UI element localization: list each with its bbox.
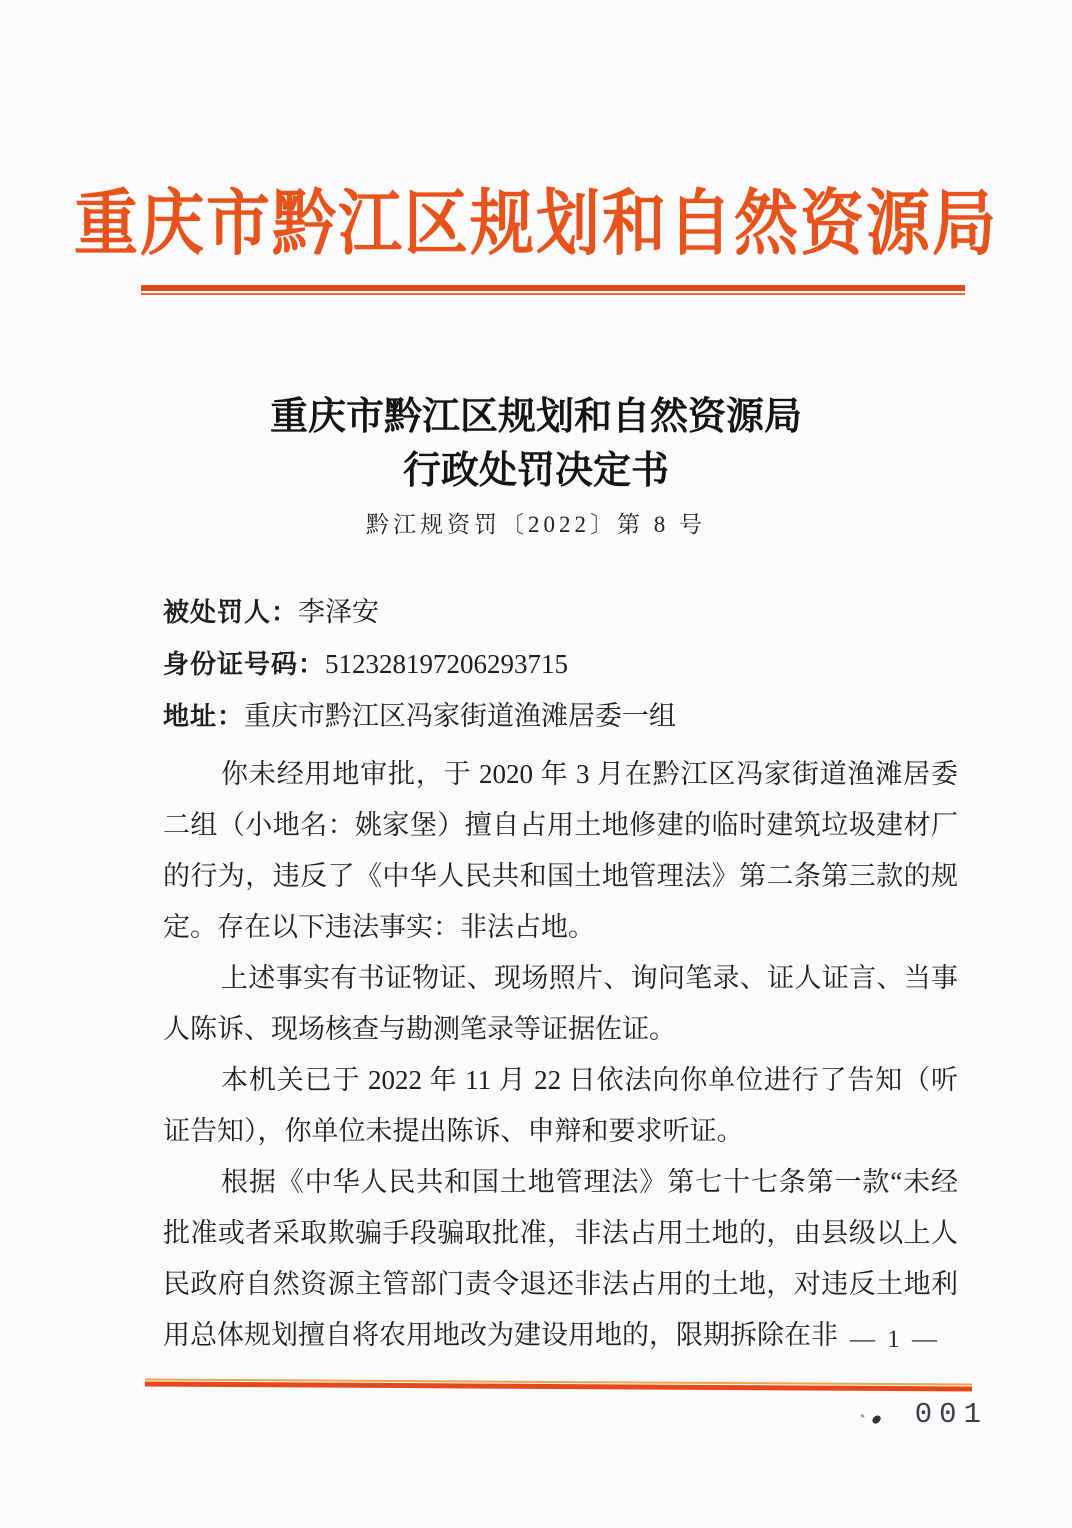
letterhead-divider-thick-line	[141, 285, 965, 291]
field-label: 身份证号码：	[163, 649, 325, 679]
letterhead-divider	[141, 285, 965, 295]
document-body: 被处罚人：李泽安 身份证号码：512328197206293715 地址：重庆市…	[163, 586, 958, 1361]
scanned-document-page: 重庆市黔江区规划和自然资源局 重庆市黔江区规划和自然资源局 行政处罚决定书 黔江…	[0, 0, 1072, 1528]
document-title: 重庆市黔江区规划和自然资源局 行政处罚决定书	[0, 390, 1072, 498]
page-number: — 1 —	[850, 1326, 940, 1354]
field-value: 512328197206293715	[325, 649, 568, 679]
field-value: 李泽安	[298, 597, 379, 627]
field-label: 被处罚人：	[163, 597, 298, 627]
letterhead-divider-thin-line	[141, 293, 965, 295]
document-number: 黔江规资罚〔2022〕第 8 号	[0, 506, 1072, 539]
field-label: 地址：	[163, 701, 244, 731]
footer-divider	[145, 1378, 972, 1391]
body-paragraph-notification: 本机关已于 2022 年 11 月 22 日依法向你单位进行了告知（听证告知），…	[163, 1055, 958, 1157]
body-paragraph-legal-basis: 根据《中华人民共和国土地管理法》第七十七条第一款“未经批准或者采取欺骗手段骗取批…	[163, 1157, 958, 1361]
field-value: 重庆市黔江区冯家街道渔滩居委一组	[244, 701, 676, 731]
sheet-number: 001	[915, 1398, 988, 1431]
body-paragraph-evidence: 上述事实有书证物证、现场照片、询问笔录、证人证言、当事人陈诉、现场核查与勘测笔录…	[163, 953, 958, 1055]
body-paragraph-violation-facts: 你未经用地审批，于 2020 年 3 月在黔江区冯家街道渔滩居委二组（小地名：姚…	[163, 749, 958, 953]
letterhead-title: 重庆市黔江区规划和自然资源局	[0, 166, 1072, 269]
scan-ink-speck	[871, 1414, 882, 1425]
document-title-line1: 重庆市黔江区规划和自然资源局	[0, 390, 1072, 444]
document-title-line2: 行政处罚决定书	[0, 444, 1072, 498]
field-id-number: 身份证号码：512328197206293715	[163, 638, 958, 690]
field-address: 地址：重庆市黔江区冯家街道渔滩居委一组	[163, 690, 958, 742]
field-penalized-person: 被处罚人：李泽安	[163, 586, 958, 638]
